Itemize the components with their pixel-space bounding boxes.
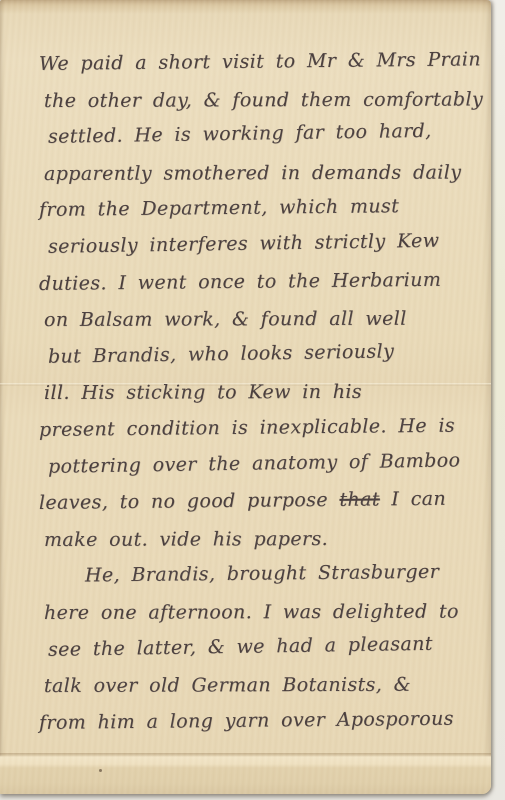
letter-line: apparently smothered in demands daily	[44, 154, 484, 192]
letter-line: seriously interferes with strictly Kew	[48, 222, 489, 266]
line-segment: present condition is inexplicable. He is	[39, 415, 455, 441]
letter-line: leaves, to no good purpose that I can	[39, 480, 479, 521]
letter-text: We paid a short visit to Mr & Mrs Praint…	[36, 46, 476, 741]
letter-line: settled. He is working far too hard,	[48, 112, 489, 156]
line-segment: from him a long yarn over Aposporous	[39, 707, 454, 733]
line-segment: seriously interferes with strictly Kew	[48, 230, 440, 258]
line-segment: I can	[380, 488, 446, 511]
line-segment: see the latter, & we had a pleasant	[48, 632, 433, 660]
letter-line: He, Brandis, brought Strasburger	[39, 554, 479, 595]
line-segment: talk over old German Botanists, &	[44, 674, 411, 697]
line-segment: make out. vide his papers.	[44, 528, 328, 551]
letter-paragraph: He, Brandis, brought Strasburgerhere one…	[36, 558, 476, 741]
line-segment: settled. He is working far too hard,	[48, 120, 432, 148]
line-segment: but Brandis, who looks seriously	[48, 340, 394, 367]
letter-line: We paid a short visit to Mr & Mrs Prain	[39, 41, 479, 82]
line-segment: He, Brandis, brought Strasburger	[85, 561, 439, 587]
letter-line: see the latter, & we had a pleasant	[48, 624, 489, 668]
letter-line: but Brandis, who looks seriously	[48, 332, 489, 376]
line-segment: pottering over the anatomy of Bamboo	[48, 449, 461, 477]
letter-line: duties. I went once to the Herbarium	[39, 261, 479, 302]
paper-fold-edge	[0, 753, 491, 794]
letter-line: pottering over the anatomy of Bamboo	[48, 441, 489, 485]
letter-line: talk over old German Botanists, &	[44, 667, 484, 705]
struck-word: that	[339, 489, 380, 511]
line-segment: the other day, & found them comfortably	[44, 88, 483, 112]
line-segment: on Balsam work, & found all well	[44, 308, 407, 331]
letter-line: from him a long yarn over Aposporous	[39, 700, 479, 741]
line-segment: leaves, to no good purpose	[39, 489, 340, 514]
letter-line: make out. vide his papers.	[44, 520, 484, 558]
letter-paragraph: We paid a short visit to Mr & Mrs Praint…	[36, 46, 476, 558]
line-segment: here one afternoon. I was delighted to	[44, 600, 459, 623]
line-segment: We paid a short visit to Mr & Mrs Prain	[39, 48, 481, 75]
line-segment: apparently smothered in demands daily	[44, 161, 461, 184]
line-segment: from the Department, which must	[39, 196, 399, 222]
letter-line: ill. His sticking to Kew in his	[44, 374, 484, 412]
line-segment: ill. His sticking to Kew in his	[44, 381, 362, 404]
letter-scan: We paid a short visit to Mr & Mrs Praint…	[0, 0, 505, 800]
letter-page: We paid a short visit to Mr & Mrs Praint…	[0, 0, 491, 794]
line-segment: duties. I went once to the Herbarium	[39, 268, 441, 294]
ink-speck	[99, 769, 102, 772]
